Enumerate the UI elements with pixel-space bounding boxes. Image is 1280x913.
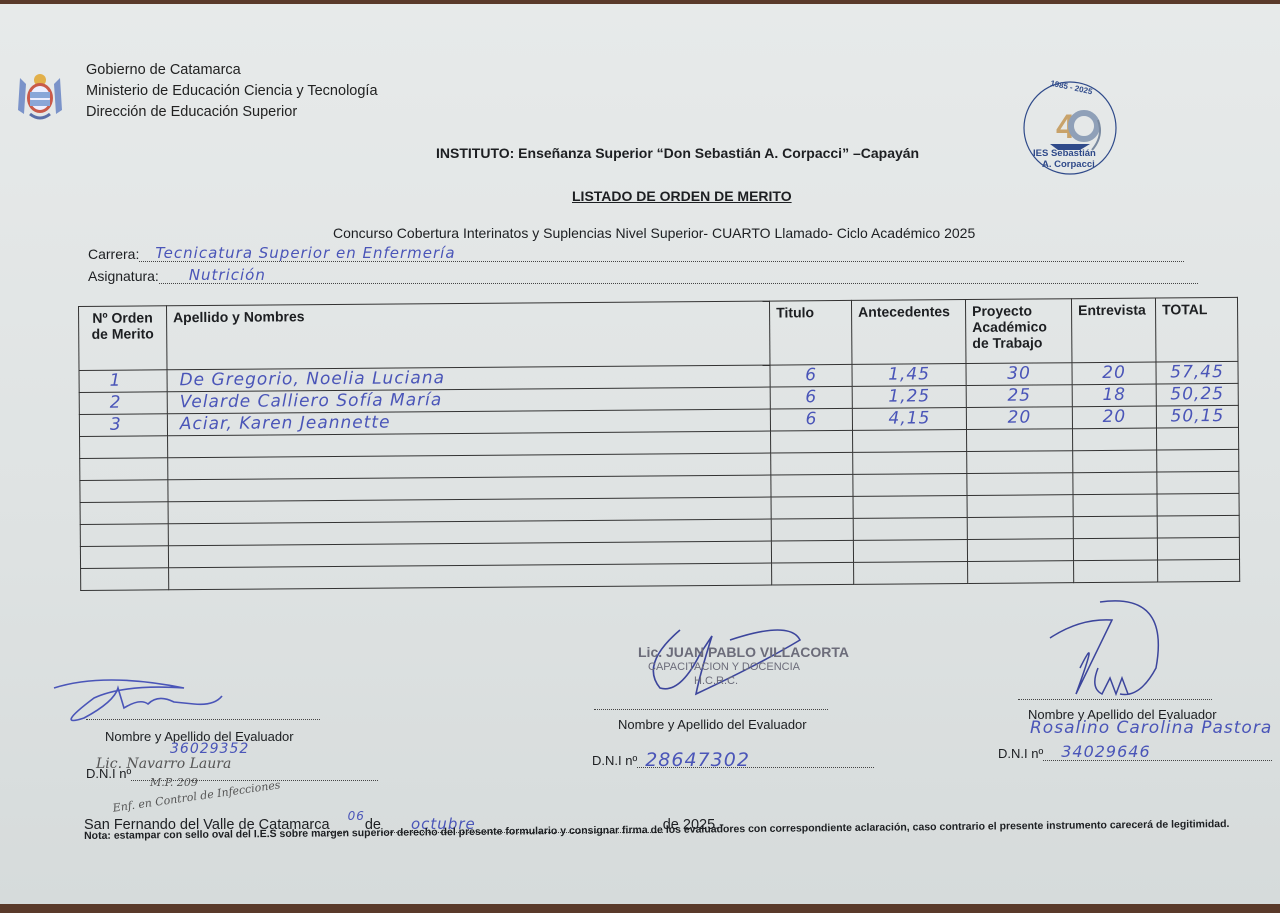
evaluator-3-dni-label: D.N.I nº — [998, 746, 1043, 761]
carrera-value: Tecnicatura Superior en Enfermería — [139, 246, 1184, 262]
evaluator-2-stamp-dept: CAPACITACION Y DOCENCIA — [648, 661, 800, 673]
evaluator-1-signature-icon — [44, 668, 244, 730]
cell-empty — [1157, 515, 1239, 538]
evaluator-2-stamp-org: H.C.R.C. — [694, 675, 738, 687]
logo-name-line1: IES Sebastián — [1033, 148, 1096, 159]
cell-empty — [853, 430, 967, 453]
cell-empty — [772, 562, 854, 585]
cell-orden: 2 — [79, 392, 167, 415]
cell-antecedentes: 4,15 — [852, 408, 966, 431]
cell-empty — [1156, 427, 1238, 450]
cell-empty — [967, 429, 1073, 452]
cell-empty — [854, 562, 968, 585]
cell-empty — [1074, 560, 1158, 583]
logo-name-line2: A. Corpacci — [1042, 159, 1095, 170]
header-line-government: Gobierno de Catamarca — [86, 60, 378, 81]
ies-logo: 4 1985 - 2025 IES Sebastián A. Corpacci — [1020, 80, 1120, 178]
evaluator-1-dni-handwritten: 36029352 — [170, 741, 249, 757]
header-titulo: Titulo — [770, 300, 852, 365]
cell-empty — [80, 502, 168, 525]
cell-proyecto: 25 — [966, 385, 1072, 408]
cell-empty — [771, 430, 853, 453]
asignatura-value: Nutrición — [159, 268, 1198, 284]
cell-empty — [853, 474, 967, 497]
cell-empty — [967, 495, 1073, 518]
cell-empty — [1072, 428, 1156, 451]
cell-empty — [967, 539, 1073, 562]
cell-empty — [80, 436, 168, 459]
evaluator-1-signature-line — [86, 706, 320, 720]
cell-empty — [80, 458, 168, 481]
cell-empty — [1157, 537, 1239, 560]
cell-proyecto: 20 — [966, 407, 1072, 430]
cell-empty — [853, 518, 967, 541]
header-total: TOTAL — [1155, 297, 1238, 362]
cell-titulo: 6 — [770, 408, 852, 431]
cell-empty — [1157, 449, 1239, 472]
document-title: LISTADO DE ORDEN DE MERITO — [572, 188, 792, 204]
cell-orden: 3 — [79, 414, 167, 437]
instituto-title: INSTITUTO: Enseñanza Superior “Don Sebas… — [436, 145, 919, 161]
header-entrevista: Entrevista — [1071, 298, 1155, 363]
cell-titulo: 6 — [770, 386, 852, 409]
cell-orden: 1 — [79, 370, 167, 393]
cell-proyecto: 30 — [966, 363, 1072, 386]
cell-empty — [771, 540, 853, 563]
cell-empty — [1158, 559, 1240, 582]
cell-empty — [771, 474, 853, 497]
cell-empty — [1073, 538, 1157, 561]
merit-table: Nº Orden de Merito Apellido y Nombres Ti… — [78, 297, 1240, 591]
evaluator-2-signature-line — [594, 698, 828, 710]
cell-empty — [968, 561, 1074, 584]
cell-empty — [1073, 494, 1157, 517]
evaluator-2-dni-label: D.N.I nº — [592, 753, 637, 768]
cell-antecedentes: 1,45 — [852, 364, 966, 387]
evaluator-3-dni-value: 34029646 — [1043, 746, 1272, 761]
cell-empty — [80, 480, 168, 503]
cell-empty — [168, 563, 771, 590]
evaluator-1-stamp-name: Lic. Navarro Laura — [96, 756, 231, 772]
carrera-field: Carrera: Tecnicatura Superior en Enferme… — [88, 246, 1184, 262]
cell-empty — [81, 568, 169, 591]
evaluator-2-dni-value: 28647302 — [637, 753, 874, 768]
cell-empty — [1073, 516, 1157, 539]
cell-empty — [1073, 472, 1157, 495]
evaluator-2-dni-field: D.N.I nº 28647302 — [592, 753, 874, 768]
cell-empty — [853, 496, 967, 519]
cell-empty — [771, 452, 853, 475]
evaluator-3-dni-field: D.N.I nº 34029646 — [998, 746, 1272, 761]
cell-entrevista: 20 — [1072, 406, 1156, 429]
carrera-label: Carrera: — [88, 246, 139, 262]
header-line-ministry: Ministerio de Educación Ciencia y Tecnol… — [86, 81, 378, 102]
cell-empty — [1157, 493, 1239, 516]
cell-empty — [967, 473, 1073, 496]
catamarca-coat-of-arms-icon — [16, 70, 64, 124]
cell-empty — [771, 496, 853, 519]
evaluator-3-signature-icon — [1040, 598, 1180, 718]
evaluator-3-handwritten-name: Rosalino Carolina Pastora — [1030, 718, 1272, 738]
evaluator-3-signature-line — [1018, 688, 1212, 700]
header-antecedentes: Antecedentes — [852, 300, 966, 365]
cell-empty — [1157, 471, 1239, 494]
cell-empty — [771, 518, 853, 541]
cell-empty — [80, 524, 168, 547]
cell-empty — [967, 517, 1073, 540]
cell-total: 50,15 — [1156, 405, 1238, 428]
cell-titulo: 6 — [770, 364, 852, 387]
evaluator-2-stamp-name: Lic. JUAN PABLO VILLACORTA — [638, 644, 849, 660]
header-nombres: Apellido y Nombres — [166, 301, 770, 370]
cell-empty — [1073, 450, 1157, 473]
cell-empty — [80, 546, 168, 569]
asignatura-field: Asignatura: Nutrición — [88, 268, 1198, 284]
evaluator-2-label: Nombre y Apellido del Evaluador — [618, 717, 807, 732]
concurso-subtitle: Concurso Cobertura Interinatos y Suplenc… — [333, 225, 975, 241]
asignatura-label: Asignatura: — [88, 268, 159, 284]
header-proyecto: Proyecto Académico de Trabajo — [966, 299, 1072, 364]
cell-total: 57,45 — [1156, 361, 1238, 384]
cell-entrevista: 20 — [1072, 362, 1156, 385]
cell-empty — [967, 451, 1073, 474]
document-page: Gobierno de Catamarca Ministerio de Educ… — [0, 4, 1280, 904]
header-block: Gobierno de Catamarca Ministerio de Educ… — [86, 60, 378, 123]
header-line-direction: Dirección de Educación Superior — [86, 102, 378, 123]
evaluator-1-stamp-mp: M.P. 209 — [150, 776, 198, 789]
cell-empty — [853, 540, 967, 563]
cell-antecedentes: 1,25 — [852, 386, 966, 409]
header-orden: Nº Orden de Merito — [79, 306, 167, 371]
date-day: 06 — [348, 809, 365, 825]
table-header-row: Nº Orden de Merito Apellido y Nombres Ti… — [79, 297, 1238, 370]
cell-total: 50,25 — [1156, 383, 1238, 406]
cell-entrevista: 18 — [1072, 384, 1156, 407]
cell-empty — [853, 452, 967, 475]
